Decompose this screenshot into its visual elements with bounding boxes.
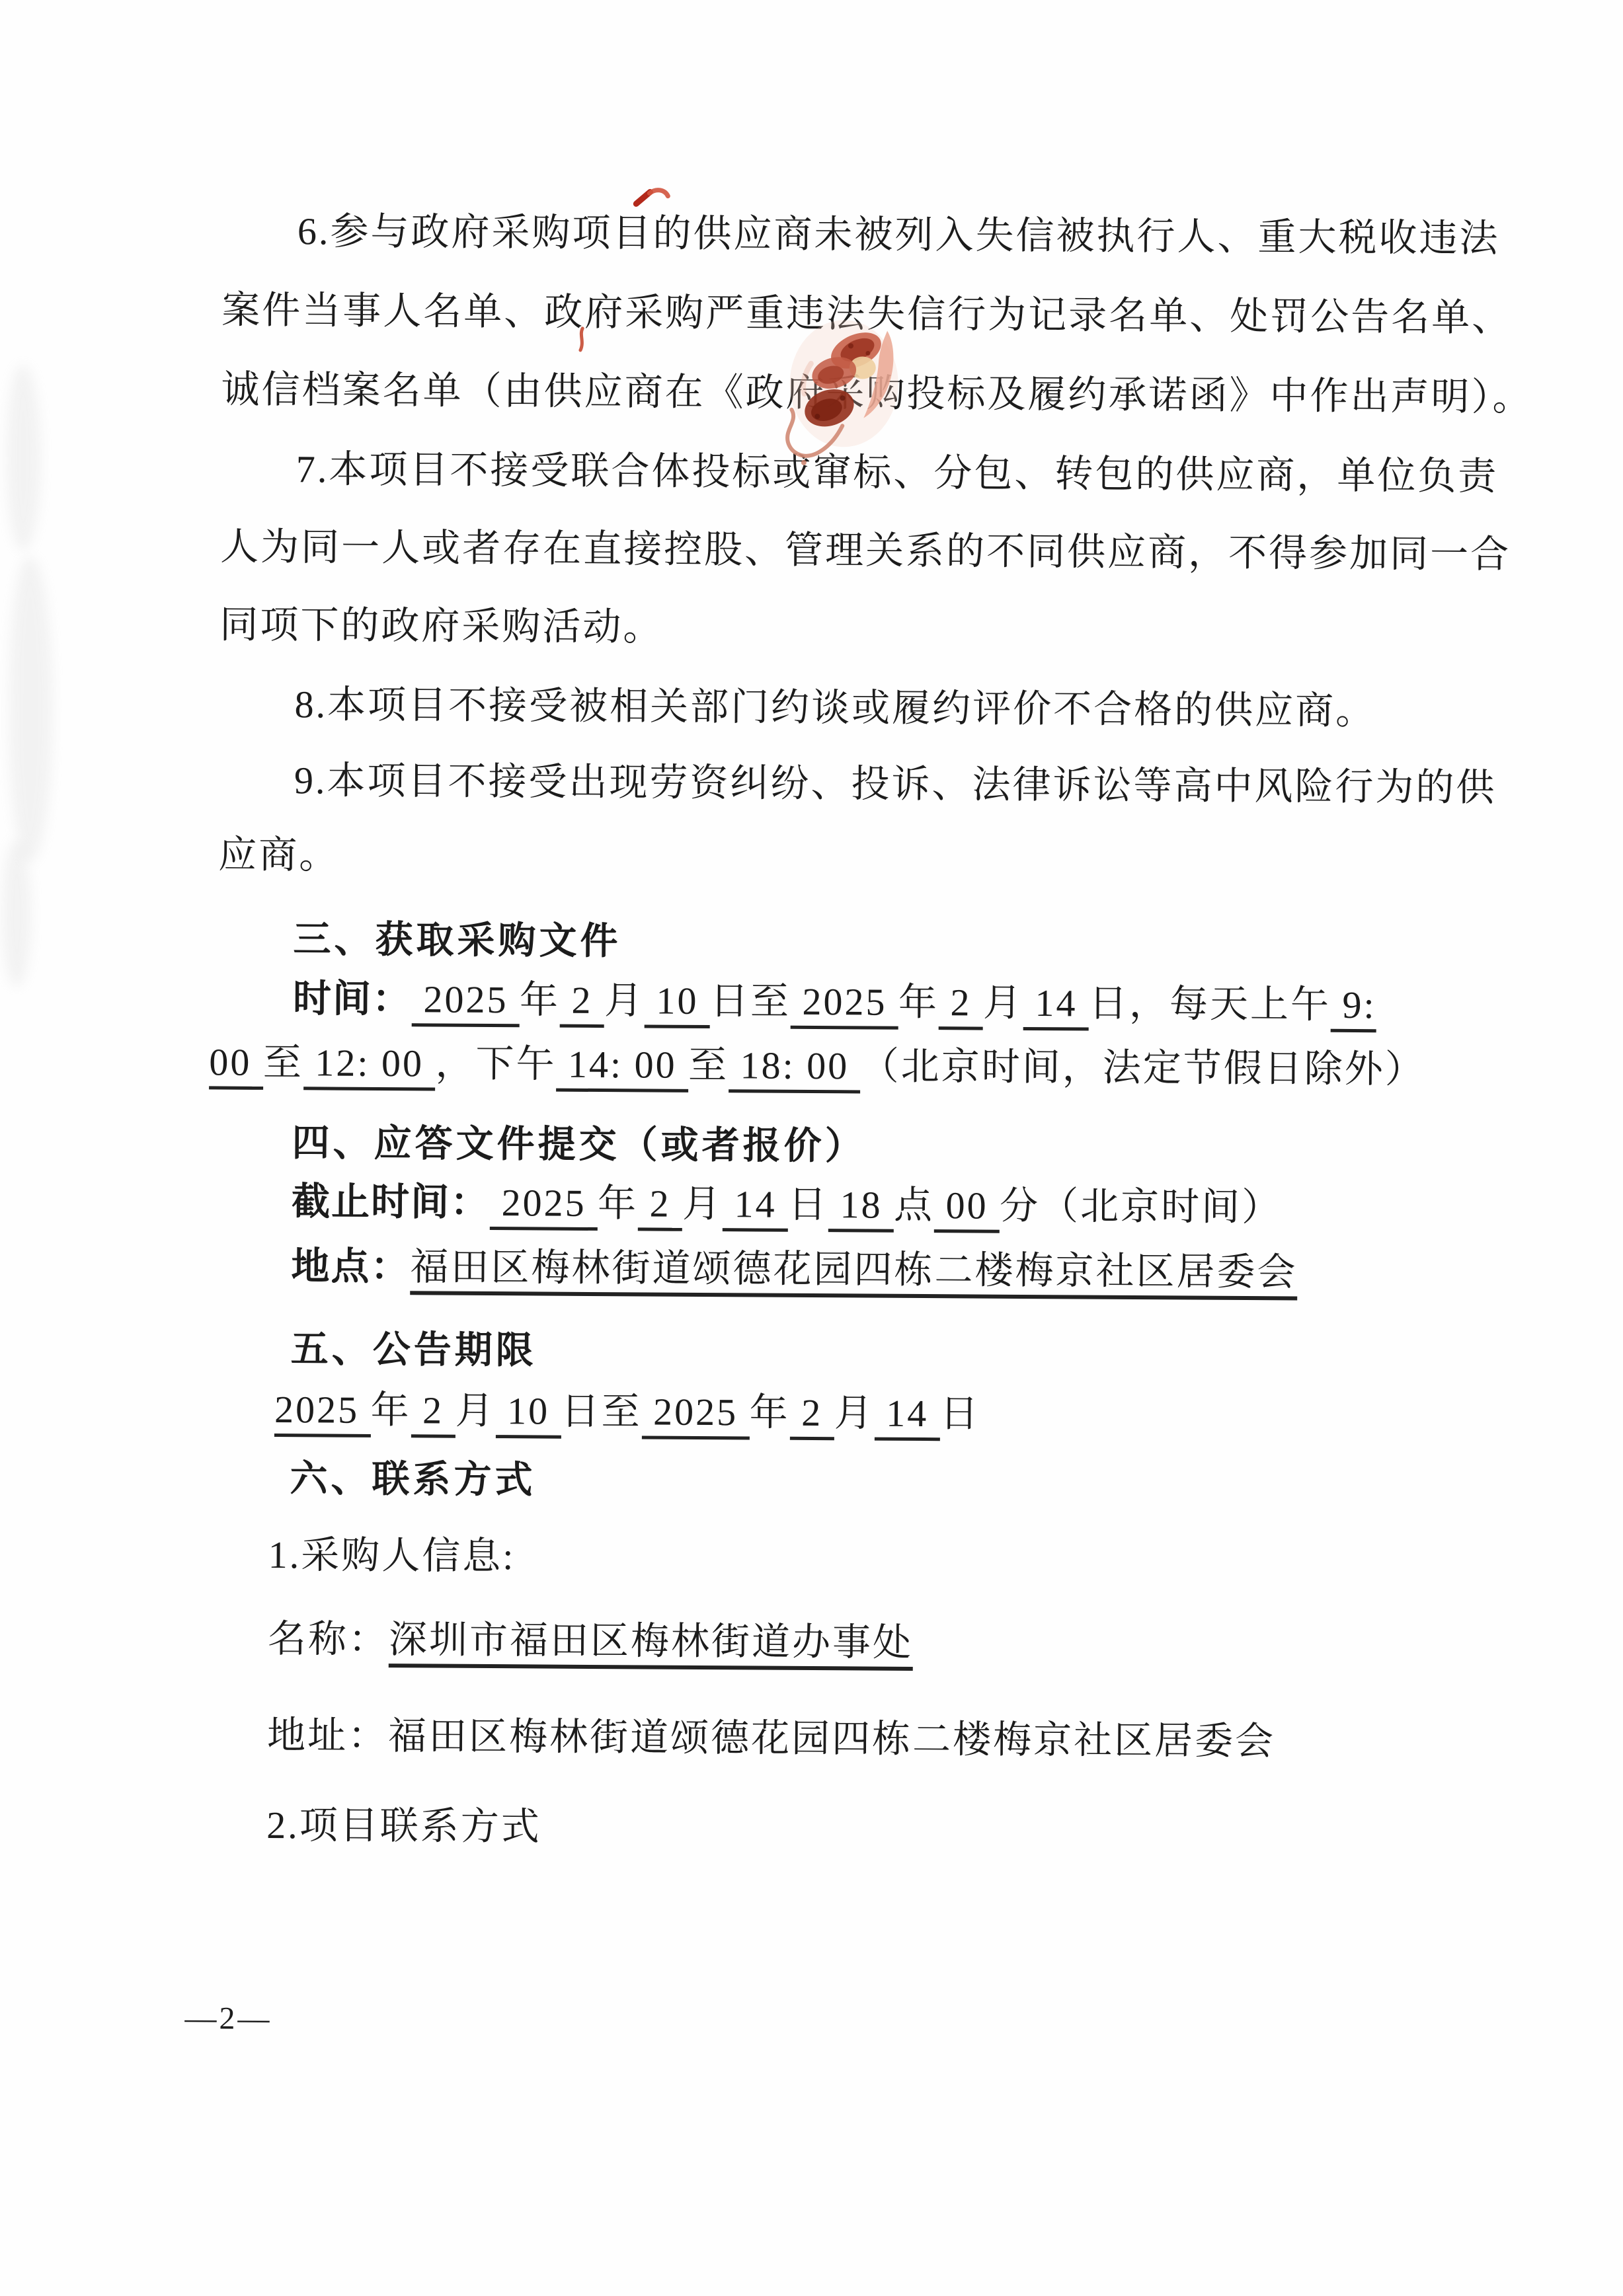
project-contact-label: 2.项目联系方式: [266, 1804, 541, 1849]
text-run: 月: [834, 1391, 874, 1434]
text-run: 月: [604, 979, 645, 1022]
paragraph-9-line-1: 9.本项目不接受出现劳资纠纷、投诉、法律诉讼等高中风险行为的供: [294, 759, 1497, 810]
text-run: （北京时间，法定节假日除外）: [861, 1044, 1425, 1091]
scan-smudge: [2, 841, 32, 987]
underlined-value: 14: [723, 1182, 788, 1232]
underlined-value: 2: [560, 979, 604, 1028]
scan-smudge: [6, 365, 42, 551]
underlined-value: 14: [1023, 981, 1089, 1031]
page-content: 6.参与政府采购项目的供应商未被列入失信被执行人、重大税收违法 案件当事人名单、…: [0, 0, 1623, 2296]
text-run: 日: [788, 1183, 828, 1226]
underlined-value: 2025: [641, 1390, 749, 1439]
acquire-time-line-1: 时间： 2025 年 2 月 10 日至 2025 年 2 月 14 日，每天上…: [293, 977, 1376, 1028]
paragraph-9-line-2: 应商。: [218, 833, 339, 878]
deadline-label: 截止时间：: [292, 1180, 490, 1224]
underlined-value: 18: [828, 1183, 894, 1233]
text-run: 月: [983, 981, 1023, 1024]
text-run: 日: [940, 1392, 980, 1435]
section-5-heading: 五、公告期限: [290, 1319, 536, 1374]
text-run: 年: [520, 978, 560, 1021]
paragraph-6-line-1: 6.参与政府采购项目的供应商未被列入失信被执行人、重大税收违法: [297, 210, 1500, 261]
deadline-line: 截止时间： 2025 年 2 月 14 日 18 点 00 分（北京时间）: [292, 1180, 1282, 1230]
text-run: 年: [370, 1389, 411, 1432]
paragraph-7-line-1: 7.本项目不接受联合体投标或窜标、分包、转包的供应商，单位负责: [296, 447, 1499, 499]
underlined-value: 10: [495, 1389, 561, 1439]
underlined-value: 2025: [274, 1388, 371, 1437]
underlined-value: 00: [934, 1184, 1000, 1233]
buyer-address-value: 福田区梅林街道颂德花园四栋二楼梅京社区居委会: [388, 1714, 1275, 1763]
paragraph-6-line-2: 案件当事人名单、政府采购严重违法失信行为记录名单、处罚公告名单、: [221, 289, 1512, 341]
time-label: 时间：: [293, 977, 412, 1020]
scan-smudge: [8, 557, 54, 861]
buyer-name-value: 深圳市福田区梅林街道办事处: [389, 1618, 913, 1671]
underlined-value: 14: [874, 1392, 939, 1441]
section-4-heading: 四、应答文件提交（或者报价）: [292, 1112, 865, 1170]
underlined-value: 2025: [490, 1181, 598, 1231]
buyer-name-line: 名称：深圳市福田区梅林街道办事处: [268, 1617, 913, 1665]
text-run: ，下午: [435, 1042, 556, 1086]
text-run: 日至: [561, 1390, 641, 1434]
buyer-address-line: 地址：福田区梅林街道颂德花园四栋二楼梅京社区居委会: [267, 1714, 1275, 1764]
text-run: 年: [598, 1182, 638, 1225]
underlined-value: 2025: [412, 977, 520, 1027]
announcement-period-line: 2025 年 2 月 10 日至 2025 年 2 月 14 日: [274, 1388, 980, 1436]
underlined-value: 10: [645, 979, 710, 1028]
page-number: —2—: [184, 2000, 272, 2037]
underlined-value: 2: [939, 981, 983, 1030]
text-run: 至: [263, 1041, 303, 1084]
text-run: 日，每天上午: [1089, 982, 1331, 1026]
text-run: 月: [455, 1389, 495, 1432]
text-run: 月: [682, 1182, 723, 1225]
paragraph-7-line-3: 同项下的政府采购活动。: [219, 603, 663, 650]
underlined-value: 18: 00: [729, 1044, 861, 1093]
text-run: 日至: [710, 979, 791, 1023]
location-label: 地点：: [291, 1244, 410, 1288]
underlined-value: 2: [789, 1391, 834, 1440]
scanned-document-page: 6.参与政府采购项目的供应商未被列入失信被执行人、重大税收违法 案件当事人名单、…: [0, 0, 1623, 2296]
paragraph-7-line-2: 人为同一人或者存在直接控股、管理关系的不同供应商，不得参加同一合: [220, 525, 1511, 578]
underlined-value: 2: [411, 1389, 455, 1437]
location-line: 地点：福田区梅林街道颂德花园四栋二楼梅京社区居委会: [291, 1244, 1297, 1295]
text-run: 年: [898, 981, 939, 1024]
paragraph-8: 8.本项目不接受被相关部门约谈或履约评价不合格的供应商。: [294, 683, 1376, 734]
underlined-value: 14: 00: [556, 1043, 688, 1092]
text-run: 分（北京时间）: [1000, 1184, 1282, 1229]
underlined-value: 12: 00: [303, 1041, 436, 1091]
section-3-heading: 三、获取采购文件: [293, 909, 621, 965]
underlined-value: 00: [209, 1040, 263, 1089]
underlined-value: 9:: [1331, 983, 1376, 1032]
section-6-heading: 六、联系方式: [290, 1448, 535, 1504]
underlined-value: 2025: [791, 980, 898, 1030]
underlined-value: 2: [638, 1182, 682, 1231]
paragraph-6-line-3: 诚信档案名单（由供应商在《政府采购投标及履约承诺函》中作出声明）。: [221, 368, 1532, 420]
text-run: 点: [894, 1184, 934, 1227]
text-run: 至: [688, 1044, 729, 1087]
red-pen-mark: [632, 182, 674, 213]
text-run: 年: [749, 1391, 789, 1434]
name-label: 名称：: [268, 1617, 389, 1661]
buyer-info-label: 1.采购人信息:: [268, 1533, 516, 1579]
location-value: 福田区梅林街道颂德花园四栋二楼梅京社区居委会: [410, 1245, 1297, 1300]
acquire-time-line-2: 00 至 12: 00 ，下午 14: 00 至 18: 00 （北京时间，法定…: [209, 1040, 1425, 1092]
address-label: 地址：: [267, 1714, 388, 1757]
